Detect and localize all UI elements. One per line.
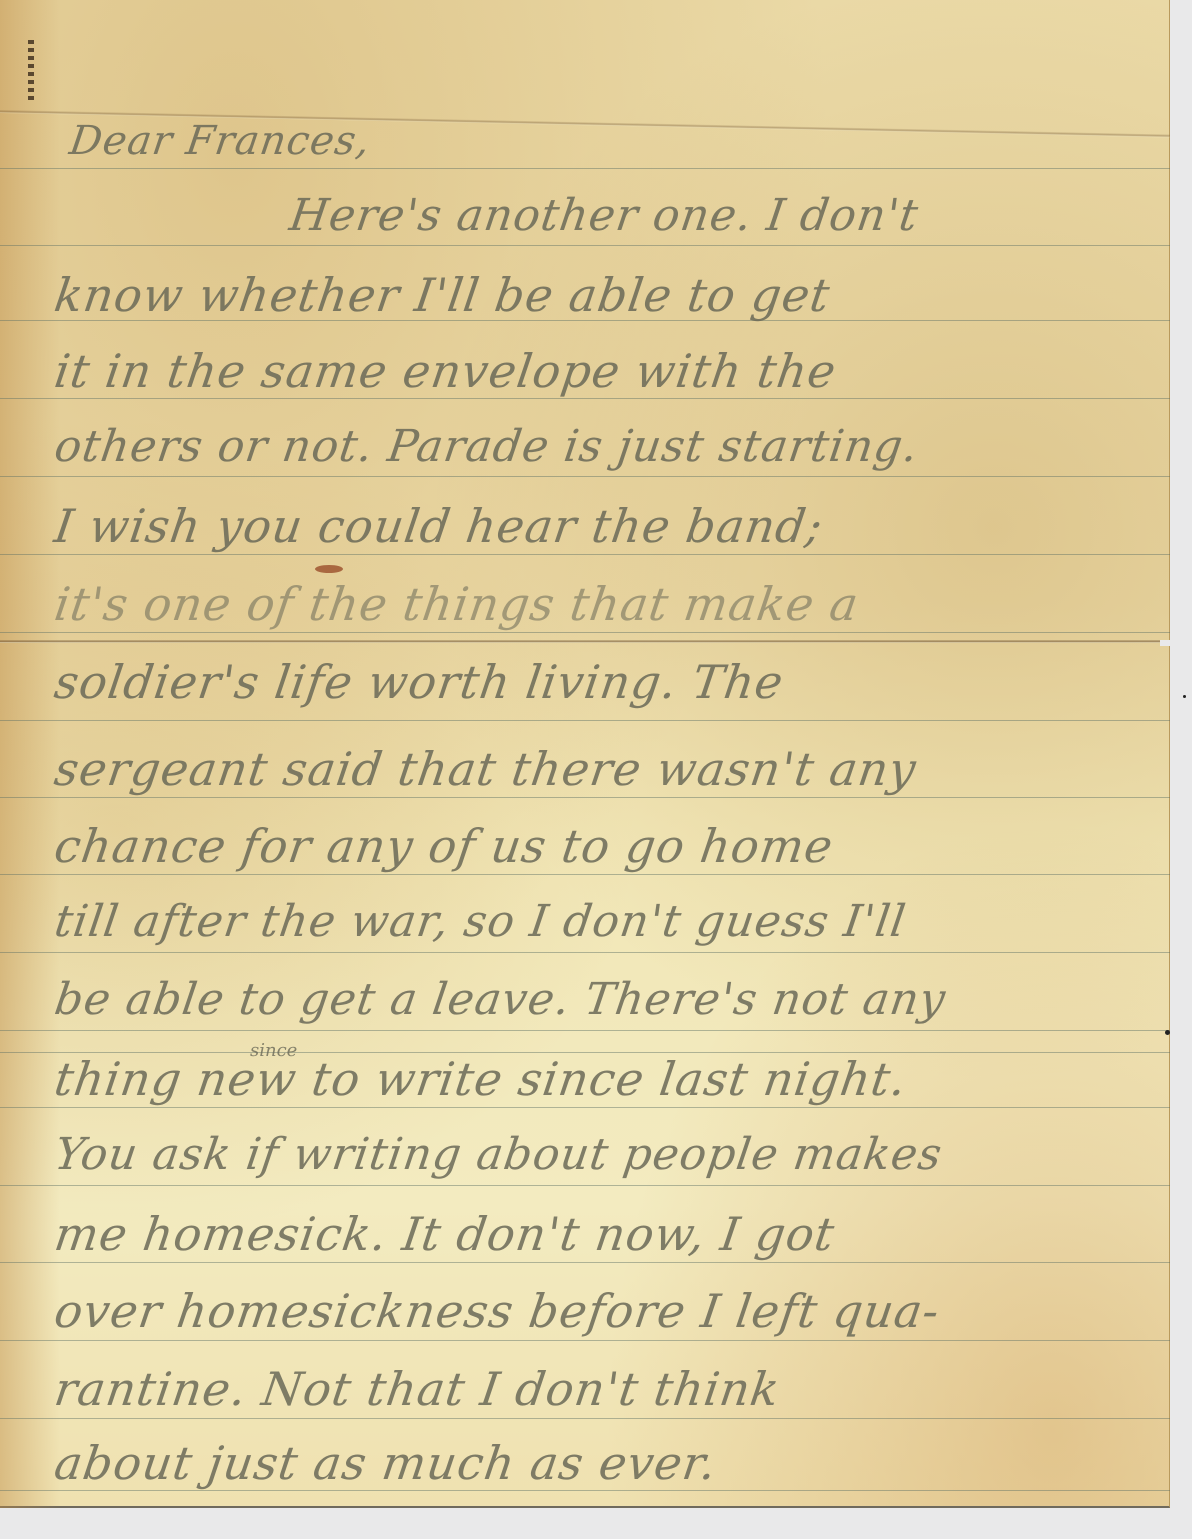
letter-line: me homesick. It don't now, I got — [51, 1207, 838, 1261]
letter-line: it in the same envelope with the — [51, 344, 840, 398]
letter-line: about just as much as ever. — [51, 1436, 720, 1490]
ruled-line — [0, 245, 1170, 246]
salutation: Dear Frances, — [67, 118, 374, 164]
ruled-line — [0, 632, 1170, 633]
ruled-line — [0, 398, 1170, 399]
rust-stain — [315, 565, 343, 573]
letter-line: soldier's life worth living. The — [51, 655, 787, 709]
letter-line: thing new to write since last night. — [51, 1052, 910, 1106]
letter-line: over homesickness before I left qua- — [51, 1284, 943, 1338]
ruled-line — [0, 1262, 1170, 1263]
letter-line: chance for any of us to go home — [51, 819, 837, 873]
letter-line: till after the war, so I don't guess I'l… — [51, 896, 909, 947]
letter-line: know whether I'll be able to get — [51, 268, 833, 322]
ruled-line — [0, 797, 1170, 798]
letter-page: Dear Frances, Here's another one. I don'… — [0, 0, 1170, 1508]
edge-stain — [0, 0, 60, 1508]
ruled-line — [0, 1340, 1170, 1341]
letter-line: Here's another one. I don't — [286, 190, 921, 241]
center-fold — [0, 640, 1170, 643]
ruled-line — [0, 874, 1170, 875]
ruled-line — [0, 554, 1170, 555]
letter-line: You ask if writing about people makes — [51, 1129, 945, 1180]
letter-line: it's one of the things that make a — [51, 577, 862, 631]
letter-line: others or not. Parade is just starting. — [51, 421, 921, 472]
ruled-line — [0, 1030, 1170, 1031]
ruled-line — [0, 952, 1170, 953]
scan-speck — [1183, 695, 1186, 698]
ruled-line — [0, 1107, 1170, 1108]
letter-line: rantine. Not that I don't think — [51, 1362, 783, 1416]
letter-line: be able to get a leave. There's not any — [51, 974, 949, 1025]
ruled-line — [0, 1418, 1170, 1419]
ruled-line — [0, 1185, 1170, 1186]
ruled-line — [0, 168, 1170, 169]
margin-specks — [28, 40, 34, 100]
ruled-line — [0, 476, 1170, 477]
ruled-line — [0, 720, 1170, 721]
ruled-line — [0, 1490, 1170, 1491]
letter-line: I wish you could hear the band; — [51, 499, 826, 553]
fold-notch — [1160, 640, 1174, 646]
letter-line: sergeant said that there wasn't any — [51, 742, 920, 796]
scan-speck — [1165, 1030, 1170, 1035]
